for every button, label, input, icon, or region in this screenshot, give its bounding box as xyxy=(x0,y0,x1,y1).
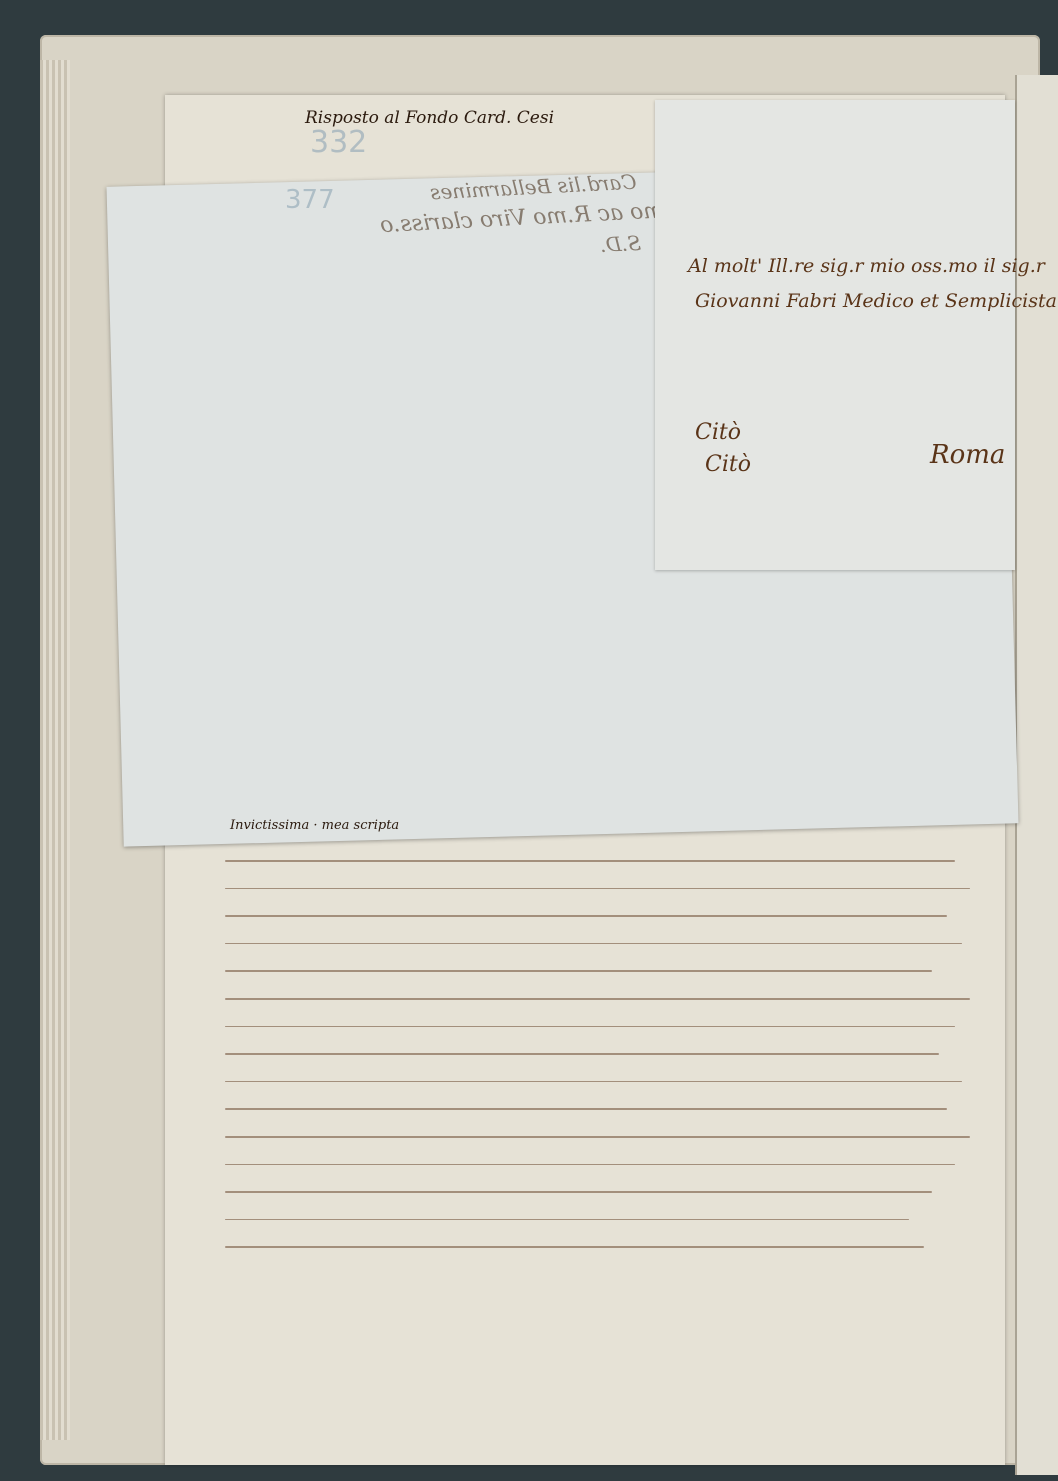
address-line-4: Citò xyxy=(705,452,751,477)
folio-number: 332 xyxy=(310,125,367,160)
lower-handwriting xyxy=(225,860,985,1274)
mirrored-line-3: S.D. xyxy=(599,231,641,257)
address-note xyxy=(655,100,1015,570)
address-place: Roma xyxy=(930,440,1005,470)
page-edges xyxy=(40,60,70,1440)
address-line-2: Giovanni Fabri Medico et Semplicista di … xyxy=(695,290,1058,312)
lower-note: Invictissima · mea scripta xyxy=(230,818,399,833)
facing-page xyxy=(1015,75,1058,1475)
address-line-1: Al molt' Ill.re sig.r mio oss.mo il sig.… xyxy=(688,255,1045,277)
address-line-3: Citò xyxy=(695,420,741,445)
folio-number-2: 377 xyxy=(285,185,335,215)
